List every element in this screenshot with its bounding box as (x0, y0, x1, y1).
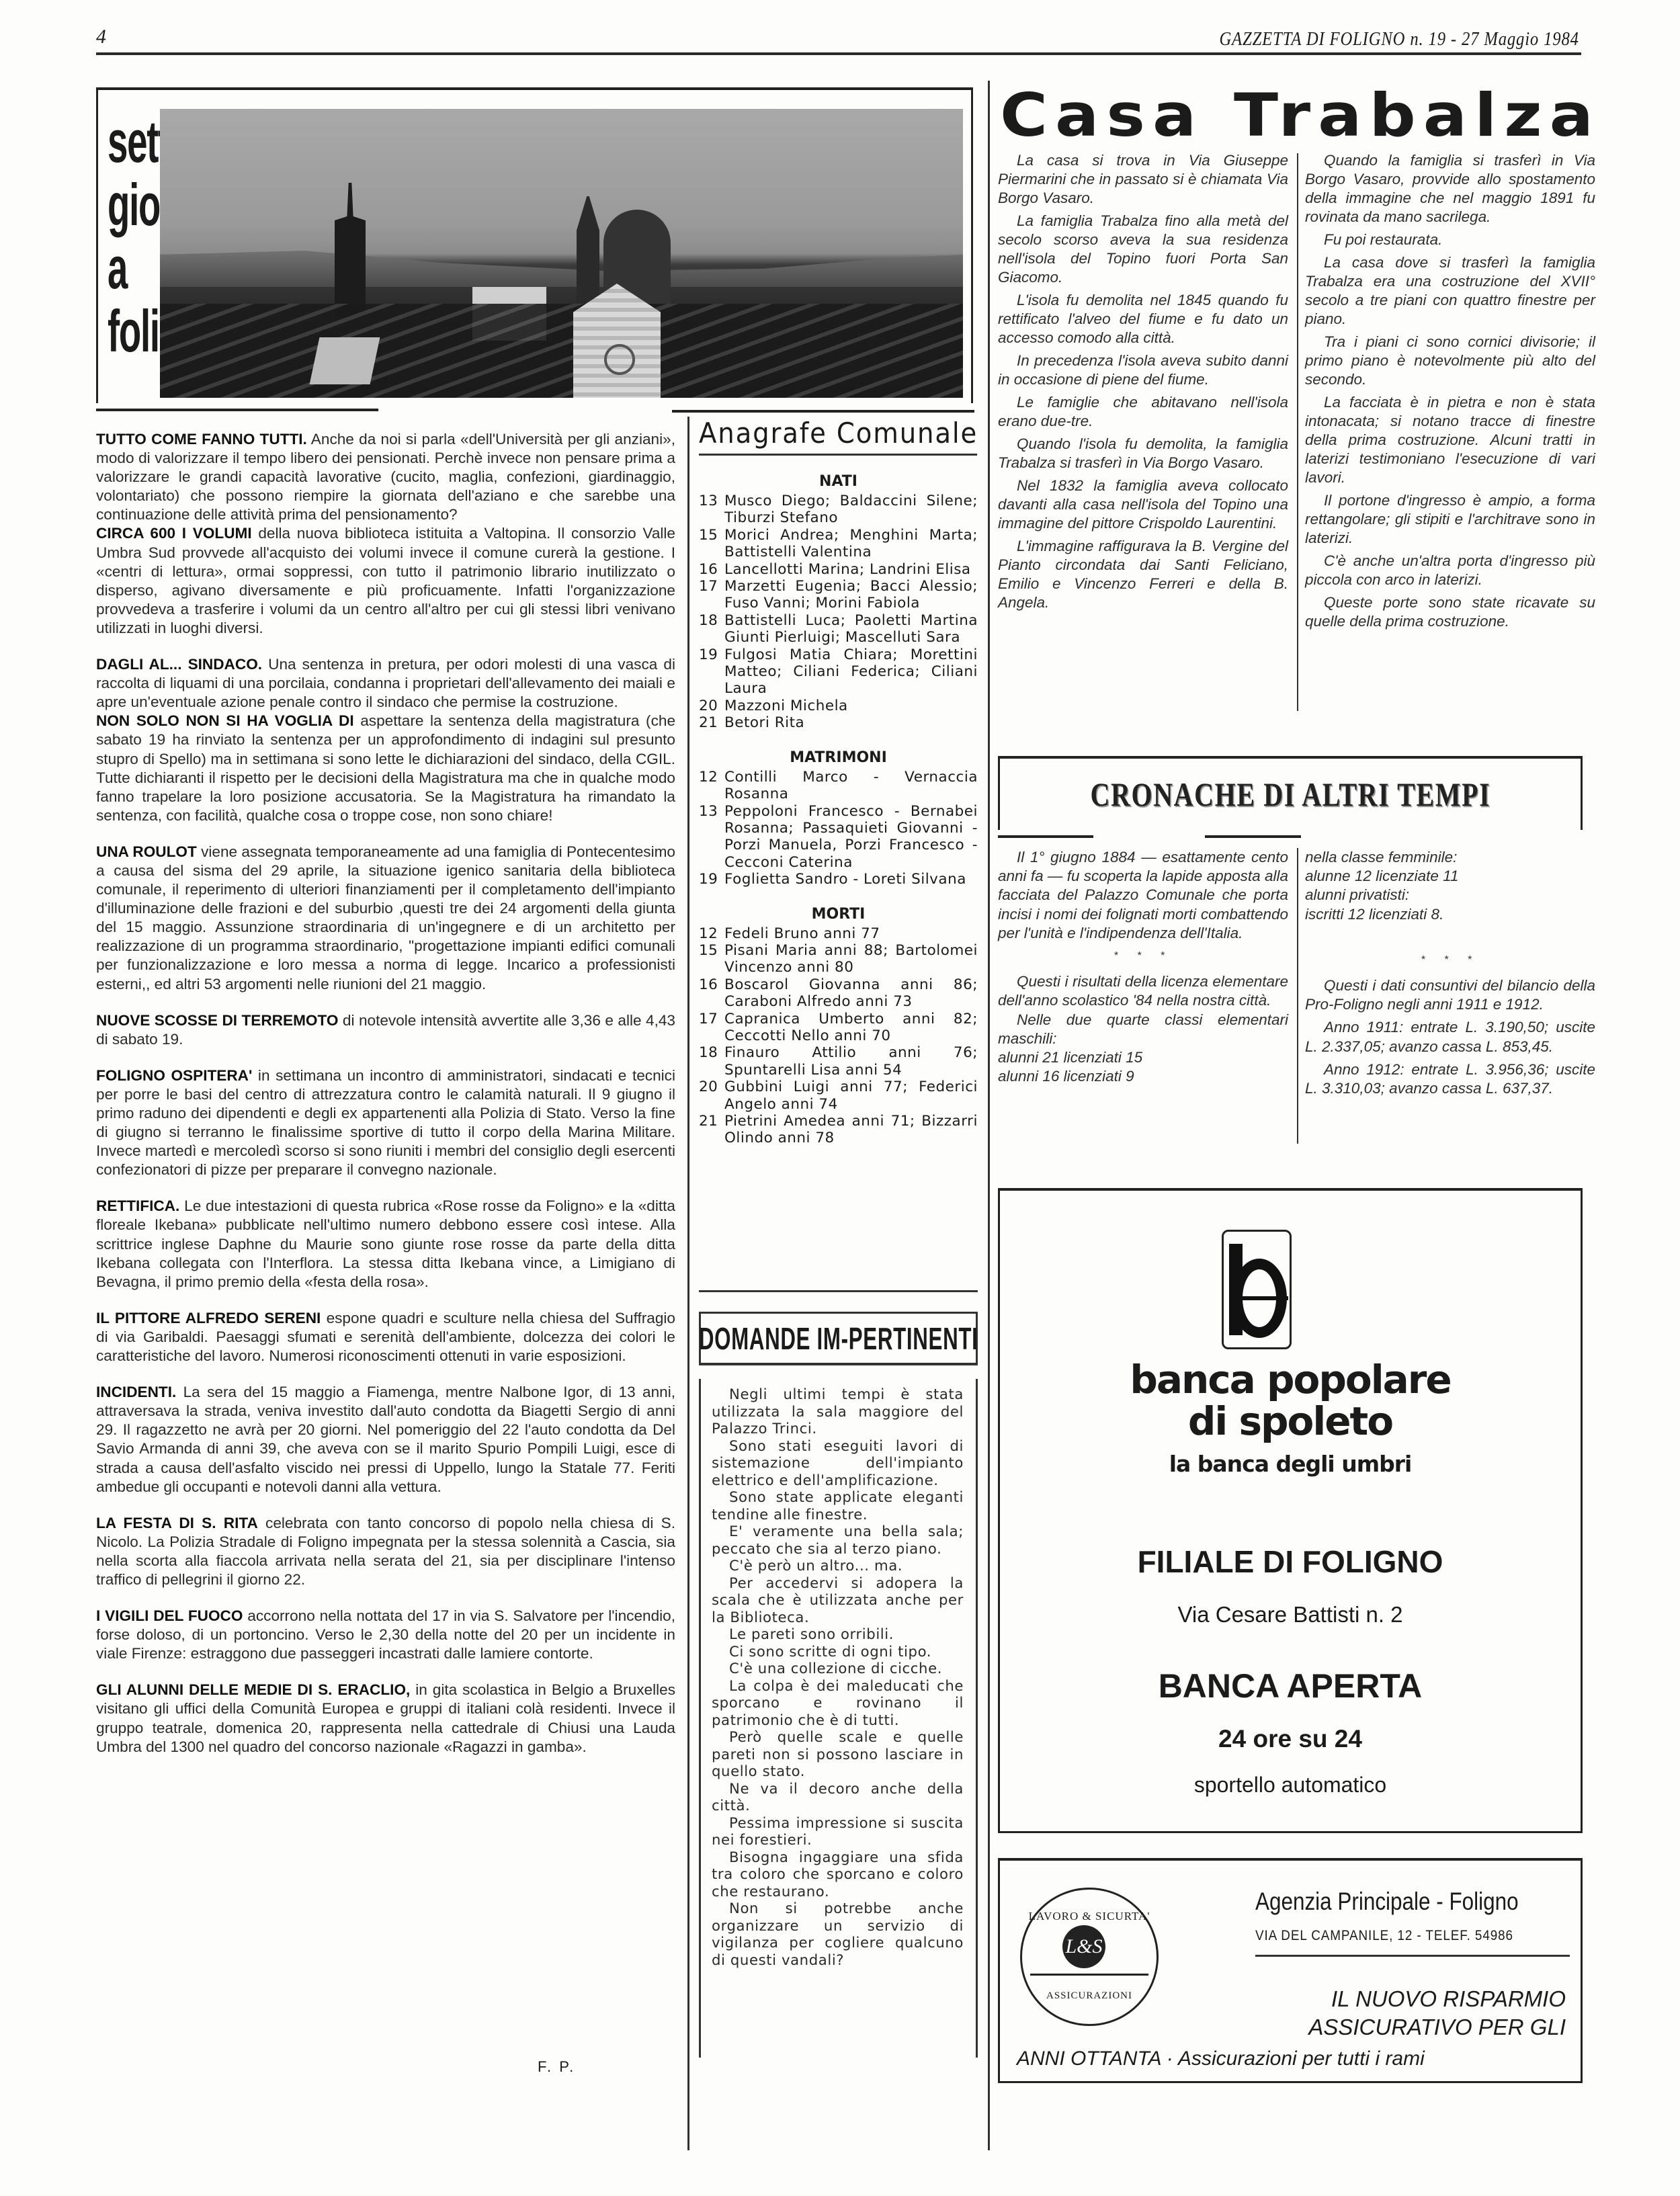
rule (672, 410, 974, 413)
bank-name: banca popolare di spoleto (1000, 1359, 1581, 1442)
bell-tower (577, 196, 599, 310)
paragraph: C'è una collezione di cicche. (712, 1660, 964, 1677)
atm-label: sportello automatico (1000, 1773, 1581, 1798)
matrimoni-heading: MATRIMONI (699, 749, 978, 766)
paragraph: Queste porte sono state ricavate su quel… (1305, 593, 1595, 631)
news-lead: LA FESTA DI S. RITA (96, 1515, 258, 1531)
entry-day: 20 (699, 1079, 724, 1113)
stat-line: alunne 12 licenziate 11 (1305, 867, 1595, 886)
entry-day: 16 (699, 561, 724, 578)
paragraph: Fu poi restaurata. (1305, 230, 1595, 249)
news-lead: UNA ROULOT (96, 843, 197, 860)
paragraph: L'isola fu demolita nel 1845 quando fu r… (998, 291, 1288, 347)
news-item: IL PITTORE ALFREDO SERENI espone quadri … (96, 1309, 675, 1365)
bank-name-line: di spoleto (1000, 1400, 1581, 1442)
news-lead: INCIDENTI. (96, 1384, 176, 1400)
insurance-seal-icon: LAVORO & SICURTA' L&S ASSICURAZIONI (1020, 1888, 1159, 2026)
bank-advertisement: banca popolare di spoleto la banca degli… (998, 1188, 1583, 1833)
news-lead: NON SOLO NON SI HA VOGLIA DI (96, 712, 354, 729)
paragraph: Però quelle scale e quelle pareti non si… (712, 1728, 964, 1780)
insurance-advertisement: LAVORO & SICURTA' L&S ASSICURAZIONI Agen… (998, 1858, 1583, 2083)
rule (998, 835, 1093, 838)
hills (160, 247, 963, 287)
entry-names: Lancellotti Marina; Landrini Elisa (724, 561, 978, 578)
rule (96, 409, 378, 411)
bank-tagline: la banca degli umbri (1000, 1451, 1581, 1477)
paragraph: Le pareti sono orribili. (712, 1625, 964, 1643)
news-lead: GLI ALUNNI DELLE MEDIE DI S. ERACLIO, (96, 1681, 410, 1698)
casa-trabalza-col-1: La casa si trova in Via Giuseppe Piermar… (998, 151, 1288, 616)
header-rule (96, 52, 1581, 55)
news-lead: DAGLI AL... SINDACO. (96, 656, 262, 673)
entry-names: Pietrini Amedea anni 71; Bizzarri Olindo… (724, 1113, 978, 1147)
paragraph: Ci sono scritte di ogni tipo. (712, 1643, 964, 1660)
news-lead: RETTIFICA. (96, 1197, 179, 1214)
entry-names: Musco Diego; Baldaccini Silene; Tiburzi … (724, 493, 978, 527)
bank-hours: 24 ore su 24 (1000, 1725, 1581, 1753)
building (310, 337, 380, 384)
entry-day: 13 (699, 803, 724, 872)
page-number: 4 (96, 26, 106, 48)
news-text: La sera del 15 maggio a Fiamenga, mentre… (96, 1384, 675, 1494)
branch-address: Via Cesare Battisti n. 2 (1000, 1602, 1581, 1628)
seal-monogram: L&S (1062, 1925, 1105, 1968)
bank-open-headline: BANCA APERTA (1000, 1666, 1581, 1705)
nati-entry: 21Betori Rita (699, 714, 978, 731)
logo-bar (1229, 1244, 1243, 1335)
morti-entry: 20Gubbini Luigi anni 77; Federici Angelo… (699, 1079, 978, 1113)
paragraph: Per accedervi si adopera la scala che è … (712, 1574, 964, 1626)
bank-logo-icon (1222, 1230, 1292, 1349)
cronache-title: CRONACHE DI ALTRI TEMPI (1090, 775, 1490, 814)
entry-names: Capranica Umberto anni 82; Ceccotti Nell… (724, 1011, 978, 1045)
rule (1255, 1955, 1570, 1957)
entry-day: 18 (699, 612, 724, 646)
paragraph: C'è però un altro... ma. (712, 1557, 964, 1574)
author-signature: F. P. (538, 2058, 575, 2076)
paragraph: La casa si trova in Via Giuseppe Piermar… (998, 151, 1288, 208)
news-lead: NUOVE SCOSSE DI TERREMOTO (96, 1012, 338, 1029)
agency-address: VIA DEL CAMPANILE, 12 - TELEF. 54986 (1255, 1928, 1513, 1944)
entry-day: 15 (699, 527, 724, 561)
entry-names: Battistelli Luca; Paoletti Martina Giunt… (724, 612, 978, 646)
news-lead: IL PITTORE ALFREDO SERENI (96, 1310, 321, 1326)
morti-entry: 18Finauro Attilio anni 76; Spuntarelli L… (699, 1044, 978, 1079)
entry-names: Gubbini Luigi anni 77; Federici Angelo a… (724, 1079, 978, 1113)
paragraph: Sono stati eseguiti lavori di sistemazio… (712, 1437, 964, 1489)
news-item: LA FESTA DI S. RITA celebrata con tanto … (96, 1514, 675, 1589)
news-text: viene assegnata temporaneamente ad una f… (96, 843, 675, 993)
entry-day: 17 (699, 1011, 724, 1045)
news-item: DAGLI AL... SINDACO. Una sentenza in pre… (96, 655, 675, 712)
entry-day: 21 (699, 1113, 724, 1147)
column-divider (687, 417, 689, 2150)
paragraph: Nelle due quarte classi elementari masch… (998, 1011, 1288, 1048)
news-lead: FOLIGNO OSPITERA' (96, 1067, 252, 1084)
entry-day: 18 (699, 1044, 724, 1079)
news-item: INCIDENTI. La sera del 15 maggio a Fiame… (96, 1383, 675, 1496)
entry-day: 15 (699, 942, 724, 976)
paragraph: Bisogna ingaggiare una sfida tra coloro … (712, 1849, 964, 1900)
entry-day: 12 (699, 925, 724, 942)
paragraph: Negli ultimi tempi è stata utilizzata la… (712, 1386, 964, 1437)
news-item: TUTTO COME FANNO TUTTI. Anche da noi si … (96, 430, 675, 524)
rule (1205, 835, 1301, 838)
stat-line: alunni 16 licenziati 9 (998, 1067, 1288, 1086)
insurance-slogan: IL NUOVO RISPARMIO ASSICURATIVO PER GLI (1308, 1985, 1566, 2041)
morti-entry: 17Capranica Umberto anni 82; Ceccotti Ne… (699, 1011, 978, 1045)
slogan-line: IL NUOVO RISPARMIO (1308, 1985, 1566, 2013)
slogan-line: ASSICURATIVO PER GLI (1308, 2013, 1566, 2041)
separator-stars: * * * (1305, 951, 1595, 970)
paragraph: Il portone d'ingresso è ampio, a forma r… (1305, 491, 1595, 548)
news-lead: TUTTO COME FANNO TUTTI. (96, 431, 307, 448)
matrimoni-entry: 13Peppoloni Francesco - Bernabei Rosanna… (699, 803, 978, 872)
entry-day: 21 (699, 714, 724, 731)
sette-giorni-header: sette giorni a foligno (96, 87, 973, 403)
paragraph: La facciata è in pietra e non è stata in… (1305, 393, 1595, 487)
domande-heading-box: DOMANDE IM-PERTINENTI (699, 1312, 978, 1365)
bank-name-line: banca popolare (1000, 1359, 1581, 1400)
news-lead: CIRCA 600 I VOLUMI (96, 525, 252, 542)
nati-entry: 13Musco Diego; Baldaccini Silene; Tiburz… (699, 493, 978, 527)
anagrafe-title: Anagrafe Comunale (699, 417, 977, 456)
entry-day: 16 (699, 976, 724, 1011)
entry-names: Morici Andrea; Menghini Marta; Battistel… (724, 527, 978, 561)
paragraph: Tra i piani ci sono cornici divisorie; i… (1305, 333, 1595, 389)
news-item: UNA ROULOT viene assegnata temporaneamen… (96, 843, 675, 994)
paragraph: La casa dove si trasferì la famiglia Tra… (1305, 253, 1595, 329)
stat-line: nella classe femminile: (1305, 848, 1595, 867)
paragraph: In precedenza l'isola aveva subito danni… (998, 351, 1288, 389)
paragraph: Pessima impressione si suscita nei fores… (712, 1814, 964, 1849)
nati-entry: 20Mazzoni Michela (699, 698, 978, 714)
news-text: Le due intestazioni di questa rubrica «R… (96, 1197, 675, 1290)
morti-entry: 16Boscarol Giovanna anni 86; Caraboni Al… (699, 976, 978, 1011)
matrimoni-entry: 19Foglietta Sandro - Loreti Silvana (699, 871, 978, 888)
paragraph: La famiglia Trabalza fino alla metà del … (998, 212, 1288, 287)
paragraph: La colpa è dei maleducati che sporcano e… (712, 1677, 964, 1729)
paragraph: Sono state applicate eleganti tendine al… (712, 1488, 964, 1523)
insurance-bottom-line: ANNI OTTANTA · Assicurazioni per tutti i… (1017, 2047, 1425, 2070)
paragraph: Questi i risultati della licenza element… (998, 972, 1288, 1010)
morti-entry: 15Pisani Maria anni 88; Bartolomei Vince… (699, 942, 978, 976)
news-item: CIRCA 600 I VOLUMI della nuova bibliotec… (96, 524, 675, 638)
casa-trabalza-col-2: Quando la famiglia si trasferì in Via Bo… (1305, 151, 1595, 635)
paragraph: L'immagine raffigurava la B. Vergine del… (998, 537, 1288, 612)
entry-day: 12 (699, 769, 724, 803)
entry-names: Finauro Attilio anni 76; Spuntarelli Lis… (724, 1044, 978, 1079)
nati-heading: NATI (699, 473, 978, 490)
cronache-heading-box: CRONACHE DI ALTRI TEMPI (998, 756, 1583, 830)
morti-entry: 21Pietrini Amedea anni 71; Bizzarri Olin… (699, 1113, 978, 1147)
entry-names: Peppoloni Francesco - Bernabei Rosanna; … (724, 803, 978, 872)
anagrafe-comunale: Anagrafe Comunale NATI 13Musco Diego; Ba… (699, 417, 978, 1147)
entry-names: Contilli Marco - Vernaccia Rosanna (724, 769, 978, 803)
news-item: NON SOLO NON SI HA VOGLIA DI aspettare l… (96, 712, 675, 825)
entry-day: 19 (699, 646, 724, 698)
nati-entry: 19Fulgosi Matia Chiara; Morettini Matteo… (699, 646, 978, 698)
entry-names: Fulgosi Matia Chiara; Morettini Matteo; … (724, 646, 978, 698)
news-item: FOLIGNO OSPITERA' in settimana un incont… (96, 1066, 675, 1180)
entry-names: Pisani Maria anni 88; Bartolomei Vincenz… (724, 942, 978, 976)
stat-line: alunni 21 licenziati 15 (998, 1048, 1288, 1067)
news-item: RETTIFICA. Le due intestazioni di questa… (96, 1197, 675, 1291)
stat-line: iscritti 12 licenziati 8. (1305, 905, 1595, 924)
paragraph: Ne va il decoro anche della città. (712, 1780, 964, 1814)
entry-names: Fedeli Bruno anni 77 (724, 925, 978, 942)
entry-day: 20 (699, 698, 724, 714)
paragraph: C'è anche un'altra porta d'ingresso più … (1305, 552, 1595, 589)
logo-line (1232, 1296, 1288, 1300)
nati-entry: 18Battistelli Luca; Paoletti Martina Giu… (699, 612, 978, 646)
paragraph: Nel 1832 la famiglia aveva collocato dav… (998, 476, 1288, 533)
cronache-col-2: nella classe femminile: alunne 12 licenz… (1305, 848, 1595, 1098)
entry-day: 17 (699, 578, 724, 612)
nati-entry: 15Morici Andrea; Menghini Marta; Battist… (699, 527, 978, 561)
tower (335, 183, 366, 317)
casa-trabalza-title: Casa Trabalza (1000, 81, 1601, 150)
seal-top-text: LAVORO & SICURTA' (1022, 1910, 1157, 1923)
seal-band (1030, 1974, 1148, 1976)
column-divider (1297, 153, 1298, 711)
entry-names: Betori Rita (724, 714, 978, 731)
news-column: TUTTO COME FANNO TUTTI. Anche da noi si … (96, 430, 675, 1757)
paragraph: Questi i dati consuntivi del bilancio de… (1305, 976, 1595, 1014)
paragraph: Quando la famiglia si trasferì in Via Bo… (1305, 151, 1595, 226)
column-divider (1297, 848, 1298, 1144)
matrimoni-entry: 12Contilli Marco - Vernaccia Rosanna (699, 769, 978, 803)
paragraph: E' veramente una bella sala; peccato che… (712, 1523, 964, 1557)
masthead: GAZZETTA DI FOLIGNO n. 19 - 27 Maggio 19… (1220, 28, 1579, 50)
news-lead: I VIGILI DEL FUOCO (96, 1607, 243, 1624)
entry-names: Marzetti Eugenia; Bacci Alessio; Fuso Va… (724, 578, 978, 612)
paragraph: Il 1° giugno 1884 — esattamente cento an… (998, 848, 1288, 943)
entry-day: 19 (699, 871, 724, 888)
cronache-col-1: Il 1° giugno 1884 — esattamente cento an… (998, 848, 1288, 1086)
rooftops (160, 304, 963, 398)
nati-entry: 17Marzetti Eugenia; Bacci Alessio; Fuso … (699, 578, 978, 612)
news-item: I VIGILI DEL FUOCO accorrono nella notta… (96, 1607, 675, 1663)
domande-title: DOMANDE IM-PERTINENTI (699, 1320, 978, 1357)
paragraph: Anno 1912: entrate L. 3.956,36; uscite L… (1305, 1060, 1595, 1098)
paragraph: Quando l'isola fu demolita, la famiglia … (998, 435, 1288, 472)
entry-names: Foglietta Sandro - Loreti Silvana (724, 871, 978, 888)
nati-entry: 16Lancellotti Marina; Landrini Elisa (699, 561, 978, 578)
separator-stars: * * * (998, 947, 1288, 966)
paragraph: Non si potrebbe anche organizzare un ser… (712, 1900, 964, 1968)
morti-heading: MORTI (699, 906, 978, 923)
morti-entry: 12Fedeli Bruno anni 77 (699, 925, 978, 942)
agency-name: Agenzia Principale - Foligno (1255, 1888, 1519, 1916)
entry-day: 13 (699, 493, 724, 527)
stat-line: alunni privatisti: (1305, 886, 1595, 904)
rule (699, 1290, 978, 1292)
entry-names: Boscarol Giovanna anni 86; Caraboni Alfr… (724, 976, 978, 1011)
column-divider (988, 81, 990, 2150)
domande-body: Negli ultimi tempi è stata utilizzata la… (699, 1379, 978, 2058)
paragraph: Anno 1911: entrate L. 3.190,50; uscite L… (1305, 1018, 1595, 1056)
entry-names: Mazzoni Michela (724, 698, 978, 714)
news-item: NUOVE SCOSSE DI TERREMOTO di notevole in… (96, 1011, 675, 1049)
seal-bottom-text: ASSICURAZIONI (1022, 1990, 1157, 2002)
branch-name: FILIALE DI FOLIGNO (1000, 1544, 1581, 1580)
paragraph: Le famiglie che abitavano nell'isola era… (998, 393, 1288, 431)
news-item: GLI ALUNNI DELLE MEDIE DI S. ERACLIO, in… (96, 1681, 675, 1756)
foligno-panorama-photo (160, 109, 963, 398)
